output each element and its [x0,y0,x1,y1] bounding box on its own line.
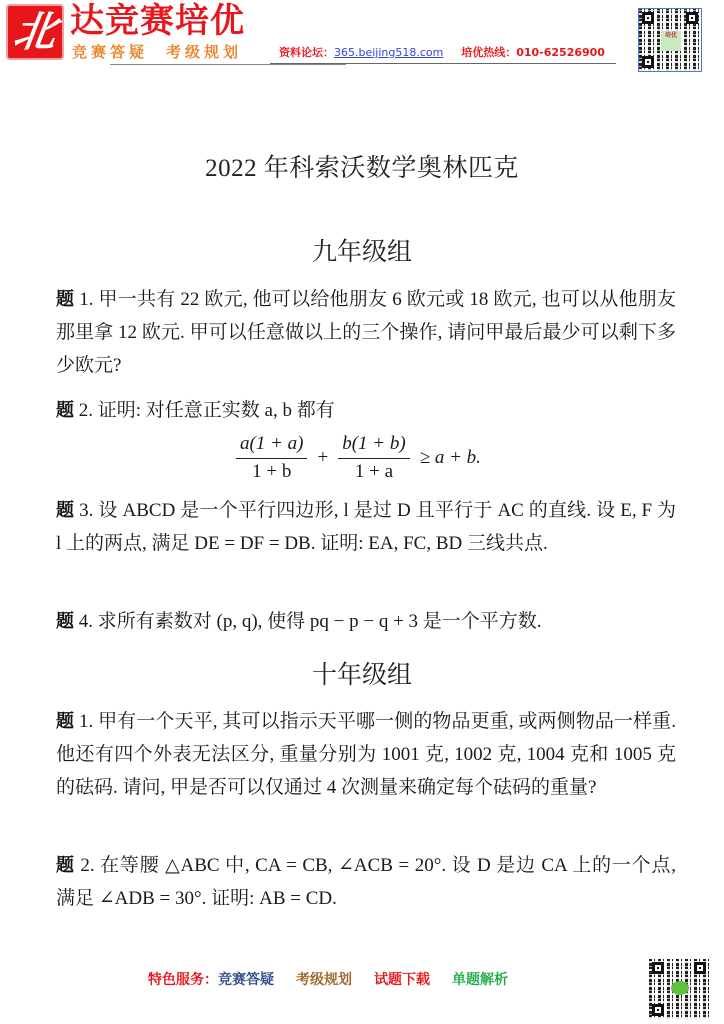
problem-number: 4. [79,611,93,632]
footer-service-qa[interactable]: 竞赛答疑 [218,972,274,988]
problem-grade9-4: 题 4. 求所有素数对 (p, q), 使得 pq − p − q + 3 是一… [56,605,676,638]
problem-text: 求所有素数对 (p, q), 使得 pq − p − q + 3 是一个平方数. [98,611,542,632]
problem-label: 题 [56,611,74,632]
problem-number: 2. [80,855,94,876]
plus-sign: + [317,447,328,469]
brand-title: 达竞赛培优 [70,0,245,42]
forum-label: 资料论坛： [279,46,334,59]
problem-text: 在等腰 △ABC 中, CA = CB, ∠ACB = 20°. 设 D 是边 … [56,855,676,909]
problem-number: 2. [79,400,93,421]
fraction-1-numerator: a(1 + a) [236,432,307,459]
section-title-grade9: 九年级组 [0,232,724,268]
problem-label: 题 [56,500,74,521]
brand-tagline: 竞赛答疑考级规划 [72,42,242,62]
footer-service-download[interactable]: 试题下载 [374,972,430,988]
problem-grade9-2: 题 2. 证明: 对任意正实数 a, b 都有 [56,394,676,427]
fraction-2-numerator: b(1 + b) [338,432,409,459]
problem-label: 题 [56,711,74,732]
brand-logo: 北 [6,4,64,60]
fraction-2-denominator: 1 + a [355,459,393,485]
tagline-left: 竞赛答疑 [72,43,148,61]
problem-number: 1. [79,289,93,310]
fraction-1-denominator: 1 + b [252,459,291,485]
fraction-2: b(1 + b) 1 + a [338,432,409,485]
problem-label: 题 [56,855,75,876]
footer-service-planning[interactable]: 考级规划 [296,972,352,988]
problem-grade9-1: 题 1. 甲一共有 22 欧元, 他可以给他朋友 6 欧元或 18 欧元, 也可… [56,283,676,382]
problem-grade10-2: 题 2. 在等腰 △ABC 中, CA = CB, ∠ACB = 20°. 设 … [56,849,676,915]
problem-number: 1. [79,711,93,732]
formula-rhs: ≥ a + b. [420,447,481,469]
problem-label: 题 [56,289,74,310]
inequality-formula: a(1 + a) 1 + b + b(1 + b) 1 + a ≥ a + b. [230,428,530,488]
forum-link[interactable]: 365.beijing518.com [334,46,443,59]
wechat-qr-code-icon [648,958,710,1020]
problem-text: 证明: 对任意正实数 a, b 都有 [98,400,335,421]
footer-service-analysis[interactable]: 单题解析 [452,972,508,988]
problem-number: 3. [79,500,93,521]
problem-text: 甲一共有 22 欧元, 他可以给他朋友 6 欧元或 18 欧元, 也可以从他朋友… [56,289,676,376]
document-title: 2022 年科索沃数学奥林匹克 [0,148,724,184]
problem-grade10-1: 题 1. 甲有一个天平, 其可以指示天平哪一侧的物品更重, 或两侧物品一样重. … [56,705,676,804]
section-title-grade10: 十年级组 [0,655,724,691]
wechat-icon [671,981,689,995]
problem-text: 甲有一个天平, 其可以指示天平哪一侧的物品更重, 或两侧物品一样重. 他还有四个… [56,711,676,798]
header-divider [110,64,346,65]
hotline-label: 培优热线： [461,46,516,59]
problem-label: 题 [56,400,74,421]
tagline-right: 考级规划 [166,43,242,61]
qr-badge: 培优 [661,31,681,51]
qr-code-icon: 培优 [638,8,702,72]
header-divider-right [270,63,616,64]
logo-glyph: 北 [11,11,59,53]
footer-services: 特色服务：竞赛答疑考级规划试题下载单题解析 [148,970,530,990]
problem-text: 设 ABCD 是一个平行四边形, l 是过 D 且平行于 AC 的直线. 设 E… [56,500,676,554]
forum-info: 资料论坛：365.beijing518.com 培优热线：010-6252690… [279,45,605,61]
fraction-1: a(1 + a) 1 + b [236,432,307,485]
footer-lead: 特色服务： [148,972,218,988]
hotline-number: 010-62526900 [516,46,605,59]
problem-grade9-3: 题 3. 设 ABCD 是一个平行四边形, l 是过 D 且平行于 AC 的直线… [56,494,676,560]
